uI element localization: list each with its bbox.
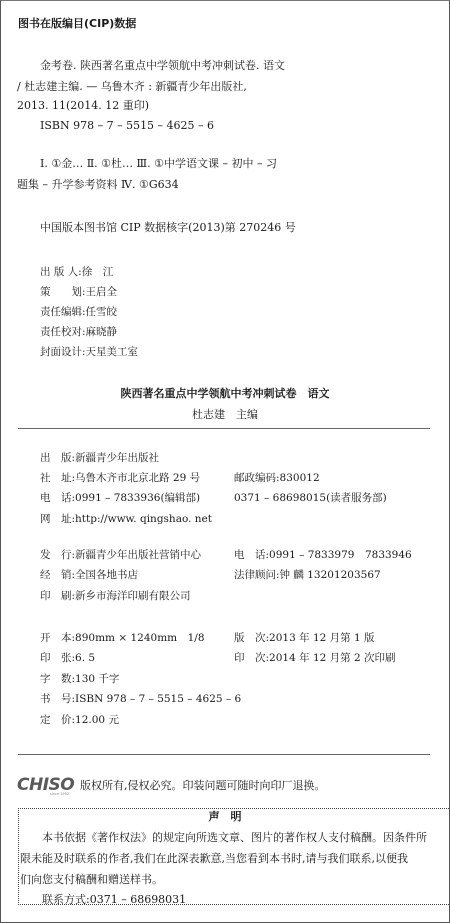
distribution-issuer: 发 行:新疆青少年出版社营销中心: [40, 549, 201, 562]
book-title: 陕西著名重点中学领航中考冲刺试卷 语文: [0, 387, 450, 401]
spec-isbn: 书 号:ISBN 978 – 7 – 5515 – 4625 – 6: [40, 693, 241, 706]
cip-number: 中国版本图书馆 CIP 数据核字(2013)第 270246 号: [40, 221, 296, 235]
cip-isbn: ISBN 978 – 7 – 5515 – 4625 – 6: [40, 119, 214, 133]
spec-format: 开 本:890mm × 1240mm 1/8: [40, 632, 205, 645]
staff-planner: 策 划:王启全: [40, 286, 117, 299]
cip-heading: 图书在版编目(CIP)数据: [18, 17, 136, 31]
divider-bottom: [18, 754, 430, 755]
notice-paragraph-line-3: 们向您支付稿酬和赠送样书。: [20, 873, 163, 887]
publisher-phone: 电 话:0991 – 7833936(编辑部): [40, 492, 200, 505]
cip-line-1: 金考卷. 陕西著名重点中学领航中考冲刺试卷. 语文: [40, 59, 285, 73]
spec-edition: 版 次:2013 年 12 月第 1 版: [234, 632, 375, 645]
cip-line-2: / 杜志建主编. — 乌鲁木齐 : 新疆青少年出版社,: [17, 80, 247, 94]
staff-editor: 责任编辑:任雪皎: [40, 306, 117, 319]
distribution-issuer-phone: 电 话:0991 – 7833979 7833946: [234, 549, 412, 562]
distribution-seller: 经 销:全国各地书店: [40, 569, 138, 582]
notice-paragraph-line-2: 限未能及时联系的作者,我们在此深表歉意,当您看到本书时,请与我们联系,以便我: [20, 852, 408, 866]
spec-word-count: 字 数:130 千字: [40, 673, 119, 686]
publisher-press: 出 版:新疆青少年出版社: [40, 452, 159, 465]
distribution-printer: 印 刷:新乡市海洋印刷有限公司: [40, 590, 191, 603]
staff-publisher-person: 出 版 人:徐 江: [40, 266, 113, 279]
publisher-phone-reader-service: 0371 – 68698015(读者服务部): [234, 492, 387, 505]
copyright-text: 版权所有,侵权必究。印装问题可随时向印厂退换。: [80, 779, 326, 793]
cip-class-line-1: Ⅰ. ①金… Ⅱ. ①杜… Ⅲ. ①中学语文课 – 初中 – 习: [40, 157, 277, 171]
publisher-website: 网 址:http://www. qingshao. net: [40, 513, 212, 526]
spec-printing: 印 次:2014 年 12 月第 2 次印刷: [234, 652, 396, 665]
notice-paragraph-line-1: 本书依据《著作权法》的规定向所选文章、图片的著作权人支付稿酬。因条件所: [42, 831, 427, 845]
staff-cover-design: 封面设计:天星美工室: [40, 346, 138, 359]
distribution-legal-counsel: 法律顾问:钟 麟 13201203567: [234, 569, 381, 582]
book-editor: 杜志建 主编: [0, 408, 450, 422]
chiso-logo-subtitle: since 1992: [50, 792, 69, 796]
spec-price: 定 价:12.00 元: [40, 714, 119, 727]
spec-sheets: 印 张:6. 5: [40, 652, 95, 665]
publisher-postcode: 邮政编码:830012: [234, 472, 320, 485]
staff-proofreader: 责任校对:麻晓静: [40, 326, 117, 339]
divider-top: [18, 428, 430, 429]
notice-contact: 联系方式:0371 – 68698031: [42, 893, 186, 907]
notice-title: 声 明: [0, 810, 450, 824]
cip-line-3: 2013. 11(2014. 12 重印): [17, 99, 149, 113]
publisher-address: 社 址:乌鲁木齐市北京北路 29 号: [40, 472, 200, 485]
cip-class-line-2: 题集 – 升学参考资料 Ⅳ. ①G634: [17, 178, 179, 192]
